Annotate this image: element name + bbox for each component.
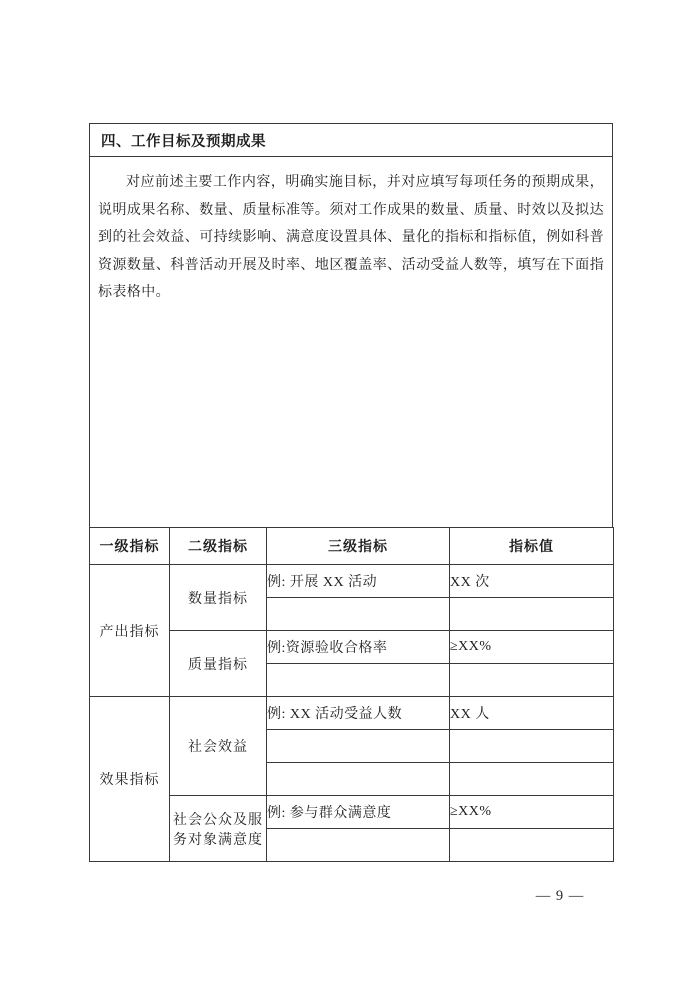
level3-cell-empty [267, 829, 450, 862]
level3-cell: 例: XX 活动受益人数 [267, 697, 450, 730]
level3-cell: 例: 开展 XX 活动 [267, 565, 450, 598]
value-cell-empty [450, 598, 614, 631]
level3-cell-empty [267, 598, 450, 631]
section-heading-box: 四、工作目标及预期成果 [89, 123, 613, 157]
value-cell-empty [450, 730, 614, 763]
section-paragraph: 对应前述主要工作内容，明确实施目标，并对应填写每项任务的预期成果，说明成果名称、… [98, 169, 604, 307]
level3-cell-empty [267, 664, 450, 697]
value-cell: XX 次 [450, 565, 614, 598]
header-level2: 二级指标 [170, 528, 267, 565]
value-cell-empty [450, 664, 614, 697]
table-row: 效果指标 社会效益 例: XX 活动受益人数 XX 人 [90, 697, 614, 730]
value-cell-empty [450, 763, 614, 796]
level2-cell-social-benefit: 社会效益 [170, 697, 267, 796]
table-header-row: 一级指标 二级指标 三级指标 指标值 [90, 528, 614, 565]
indicators-table: 一级指标 二级指标 三级指标 指标值 产出指标 数量指标 例: 开展 XX 活动… [89, 527, 614, 862]
level3-cell-empty [267, 763, 450, 796]
level3-cell: 例:资源验收合格率 [267, 631, 450, 664]
document-page: 四、工作目标及预期成果 对应前述主要工作内容，明确实施目标，并对应填写每项任务的… [0, 0, 700, 989]
level1-cell-output: 产出指标 [90, 565, 170, 697]
level1-cell-effect: 效果指标 [90, 697, 170, 862]
table-row: 产出指标 数量指标 例: 开展 XX 活动 XX 次 [90, 565, 614, 598]
level2-cell-quality: 质量指标 [170, 631, 267, 697]
level2-cell-satisfaction: 社会公众及服务对象满意度 [170, 796, 267, 862]
header-level1: 一级指标 [90, 528, 170, 565]
value-cell: ≥XX% [450, 796, 614, 829]
section-heading: 四、工作目标及预期成果 [101, 130, 266, 151]
page-number: — 9 — [520, 888, 600, 905]
header-level3: 三级指标 [267, 528, 450, 565]
value-cell: ≥XX% [450, 631, 614, 664]
header-value: 指标值 [450, 528, 614, 565]
value-cell: XX 人 [450, 697, 614, 730]
section-body-box: 对应前述主要工作内容，明确实施目标，并对应填写每项任务的预期成果，说明成果名称、… [89, 157, 613, 527]
value-cell-empty [450, 829, 614, 862]
level3-cell: 例: 参与群众满意度 [267, 796, 450, 829]
level2-cell-quantity: 数量指标 [170, 565, 267, 631]
level3-cell-empty [267, 730, 450, 763]
